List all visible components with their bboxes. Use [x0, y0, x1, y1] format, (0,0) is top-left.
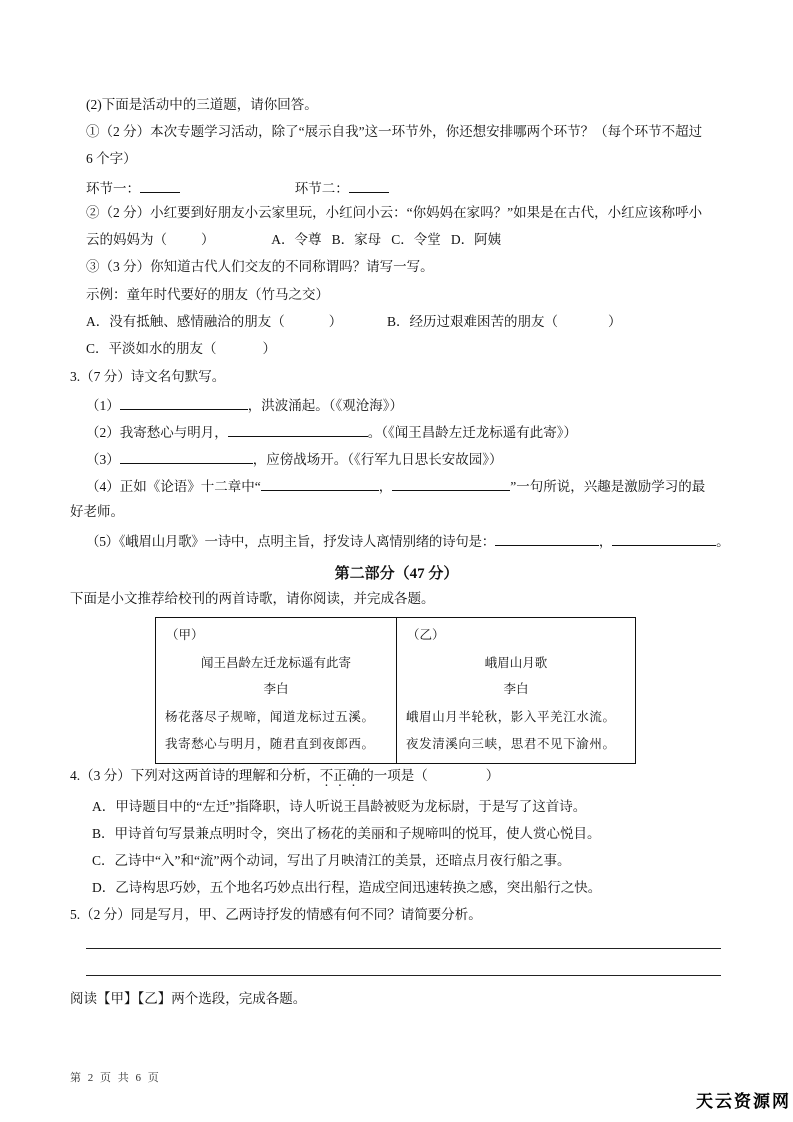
poem-line: 我寄愁心与明月，随君直到夜郎西。 — [165, 734, 375, 752]
watermark-logo: 天云资源网 — [696, 1087, 791, 1112]
q5-answer-line[interactable] — [86, 975, 721, 976]
q3-3-prefix: （3） — [86, 452, 120, 467]
q4-stem: 4.（3 分）下列对这两首诗的理解和分析，不正确的一项是（） — [70, 767, 499, 785]
next-reading-intro: 阅读【甲】【乙】两个选段，完成各题。 — [70, 990, 306, 1008]
q5-answer-line[interactable] — [86, 948, 721, 949]
q2-2-option-b: B．家母 — [332, 232, 382, 247]
q5-stem: 5.（2 分）同是写月，甲、乙两诗抒发的情感有何不同？请简要分析。 — [70, 906, 482, 924]
q2-3-option-c: C．平淡如水的朋友（ — [86, 341, 217, 356]
q3-5-blank-a[interactable] — [495, 531, 599, 546]
q3-5-mid: ， — [599, 534, 612, 549]
q3-item-4-cont: 好老师。 — [70, 503, 124, 521]
q3-item-3: （3），应傍战场开。（《行军九日思长安故园》） — [86, 449, 503, 469]
q2-3-prompt: ③（3 分）你知道古代人们交友的不同称谓吗？请写一写。 — [86, 258, 434, 276]
q2-2-option-c: C．令堂 — [391, 232, 441, 247]
q3-1-blank[interactable] — [120, 395, 248, 410]
poem-author: 李白 — [397, 679, 635, 697]
q3-5-prefix: （5）《峨眉山月歌》一诗中，点明主旨，抒发诗人离情别绪的诗句是： — [86, 534, 495, 549]
poem-title: 峨眉山月歌 — [397, 653, 635, 671]
q2-2-option-a: A．令尊 — [271, 232, 321, 247]
q3-2-after: 。（《闻王昌龄左迁龙标遥有此寄》） — [368, 425, 577, 440]
close-paren: ） — [263, 341, 277, 356]
q2-1-prompt-line2: 6 个字） — [86, 150, 137, 168]
close-paren: ） — [608, 314, 622, 329]
q3-5-blank-b[interactable] — [612, 531, 716, 546]
q2-2-prompt-line2: 云的妈妈为（） A．令尊 B．家母 C．令堂 D．阿姨 — [86, 231, 501, 249]
page-number: 第 2 页 共 6 页 — [70, 1069, 161, 1085]
q3-item-5: （5）《峨眉山月歌》一诗中，点明主旨，抒发诗人离情别绪的诗句是：，。 — [86, 531, 729, 551]
q4-option-d: D．乙诗构思巧妙，五个地名巧妙点出行程，造成空间迅速转换之感，突出船行之快。 — [92, 879, 601, 897]
q3-4-mid: ， — [379, 479, 393, 494]
q2-2-option-d: D．阿姨 — [451, 232, 501, 247]
part2-intro: 下面是小文推荐给校刊的两首诗歌，请你阅读，并完成各题。 — [70, 590, 435, 608]
q4-stem-after: 的一项是（ — [360, 768, 428, 783]
q3-3-blank[interactable] — [120, 449, 253, 464]
q3-1-after: ，洪波涌起。（《观沧海》） — [248, 398, 403, 413]
q3-2-blank[interactable] — [228, 422, 368, 437]
poem-tag: （乙） — [407, 625, 445, 643]
q2-1-fields: 环节一： 环节二： — [86, 178, 389, 198]
q4-option-b: B．甲诗首句写景兼点明时令，突出了杨花的美丽和子规啼叫的悦耳，使人赏心悦目。 — [92, 825, 601, 843]
q2-3-option-c-line: C．平淡如水的朋友（） — [86, 340, 276, 358]
q3-item-2: （2）我寄愁心与明月，。（《闻王昌龄左迁龙标遥有此寄》） — [86, 422, 577, 442]
poem-table: （甲） 闻王昌龄左迁龙标遥有此寄 李白 杨花落尽子规啼，闻道龙标过五溪。 我寄愁… — [155, 617, 636, 764]
poem-line: 峨眉山月半轮秋，影入平羌江水流。 — [406, 707, 616, 725]
q4-option-a: A．甲诗题目中的“左迁”指降职，诗人听说王昌龄被贬为龙标尉，于是写了这首诗。 — [92, 798, 586, 816]
poem-yi: （乙） 峨眉山月歌 李白 峨眉山月半轮秋，影入平羌江水流。 夜发清溪向三峡，思君… — [397, 618, 635, 763]
q3-4-prefix: （4）正如《论语》十二章中“ — [86, 479, 261, 494]
emphasis-char: 正 — [333, 768, 347, 783]
emphasis-char: 确 — [347, 768, 361, 783]
q3-4-after: ”一句所说，兴趣是激励学习的最 — [510, 479, 705, 494]
q2-2-suffix: ） — [201, 232, 215, 247]
poem-author: 李白 — [156, 679, 396, 697]
field1-answer-blank[interactable] — [140, 178, 180, 193]
q3-item-1: （1），洪波涌起。（《观沧海》） — [86, 395, 403, 415]
q3-4-blank-a[interactable] — [261, 476, 379, 491]
q2-3-options-ab: A．没有抵触、感情融洽的朋友（） B．经历过艰难困苦的朋友（） — [86, 313, 622, 331]
q4-option-c: C．乙诗中“入”和“流”两个动词，写出了月映清江的美景，还暗点月夜行船之事。 — [92, 852, 570, 870]
poem-jia: （甲） 闻王昌龄左迁龙标遥有此寄 李白 杨花落尽子规啼，闻道龙标过五溪。 我寄愁… — [156, 618, 397, 763]
poem-tag: （甲） — [166, 625, 204, 643]
close-paren: ） — [329, 314, 343, 329]
emphasis-char: 不 — [320, 768, 334, 783]
q3-4-blank-b[interactable] — [392, 476, 510, 491]
field2-label: 环节二： — [295, 181, 349, 196]
q2-3-option-b: B．经历过艰难困苦的朋友（ — [387, 314, 558, 329]
q3-item-4: （4）正如《论语》十二章中“，”一句所说，兴趣是激励学习的最 — [86, 476, 705, 496]
close-paren: ） — [486, 768, 500, 783]
field1-label: 环节一： — [86, 181, 140, 196]
q2-2-prompt-line1: ②（2 分）小红要到好朋友小云家里玩，小红问小云：“你妈妈在家吗？”如果是在古代… — [86, 204, 702, 222]
poem-line: 杨花落尽子规啼，闻道龙标过五溪。 — [165, 707, 375, 725]
q2-3-option-a: A．没有抵触、感情融洽的朋友（ — [86, 314, 285, 329]
q3-title: 3.（7 分）诗文名句默写。 — [70, 368, 225, 386]
q3-5-after: 。 — [716, 534, 729, 549]
q2-1-prompt-line1: ①（2 分）本次专题学习活动，除了“展示自我”这一环节外，你还想安排哪两个环节？… — [86, 123, 702, 141]
q3-1-prefix: （1） — [86, 398, 120, 413]
q2-3-example: 示例：童年时代要好的朋友（竹马之交） — [86, 286, 329, 304]
poem-title: 闻王昌龄左迁龙标遥有此寄 — [156, 653, 396, 671]
q2-2-prefix: 云的妈妈为（ — [86, 232, 167, 247]
q4-stem-before: 4.（3 分）下列对这两首诗的理解和分析， — [70, 768, 320, 783]
part2-title: 第二部分（47 分） — [0, 562, 793, 583]
field2-answer-blank[interactable] — [349, 178, 389, 193]
poem-line: 夜发清溪向三峡，思君不见下渝州。 — [406, 734, 616, 752]
q3-2-prefix: （2）我寄愁心与明月， — [86, 425, 228, 440]
q3-3-after: ，应傍战场开。（《行军九日思长安故园》） — [253, 452, 503, 467]
q2-sub-intro: (2)下面是活动中的三道题，请你回答。 — [86, 96, 318, 114]
